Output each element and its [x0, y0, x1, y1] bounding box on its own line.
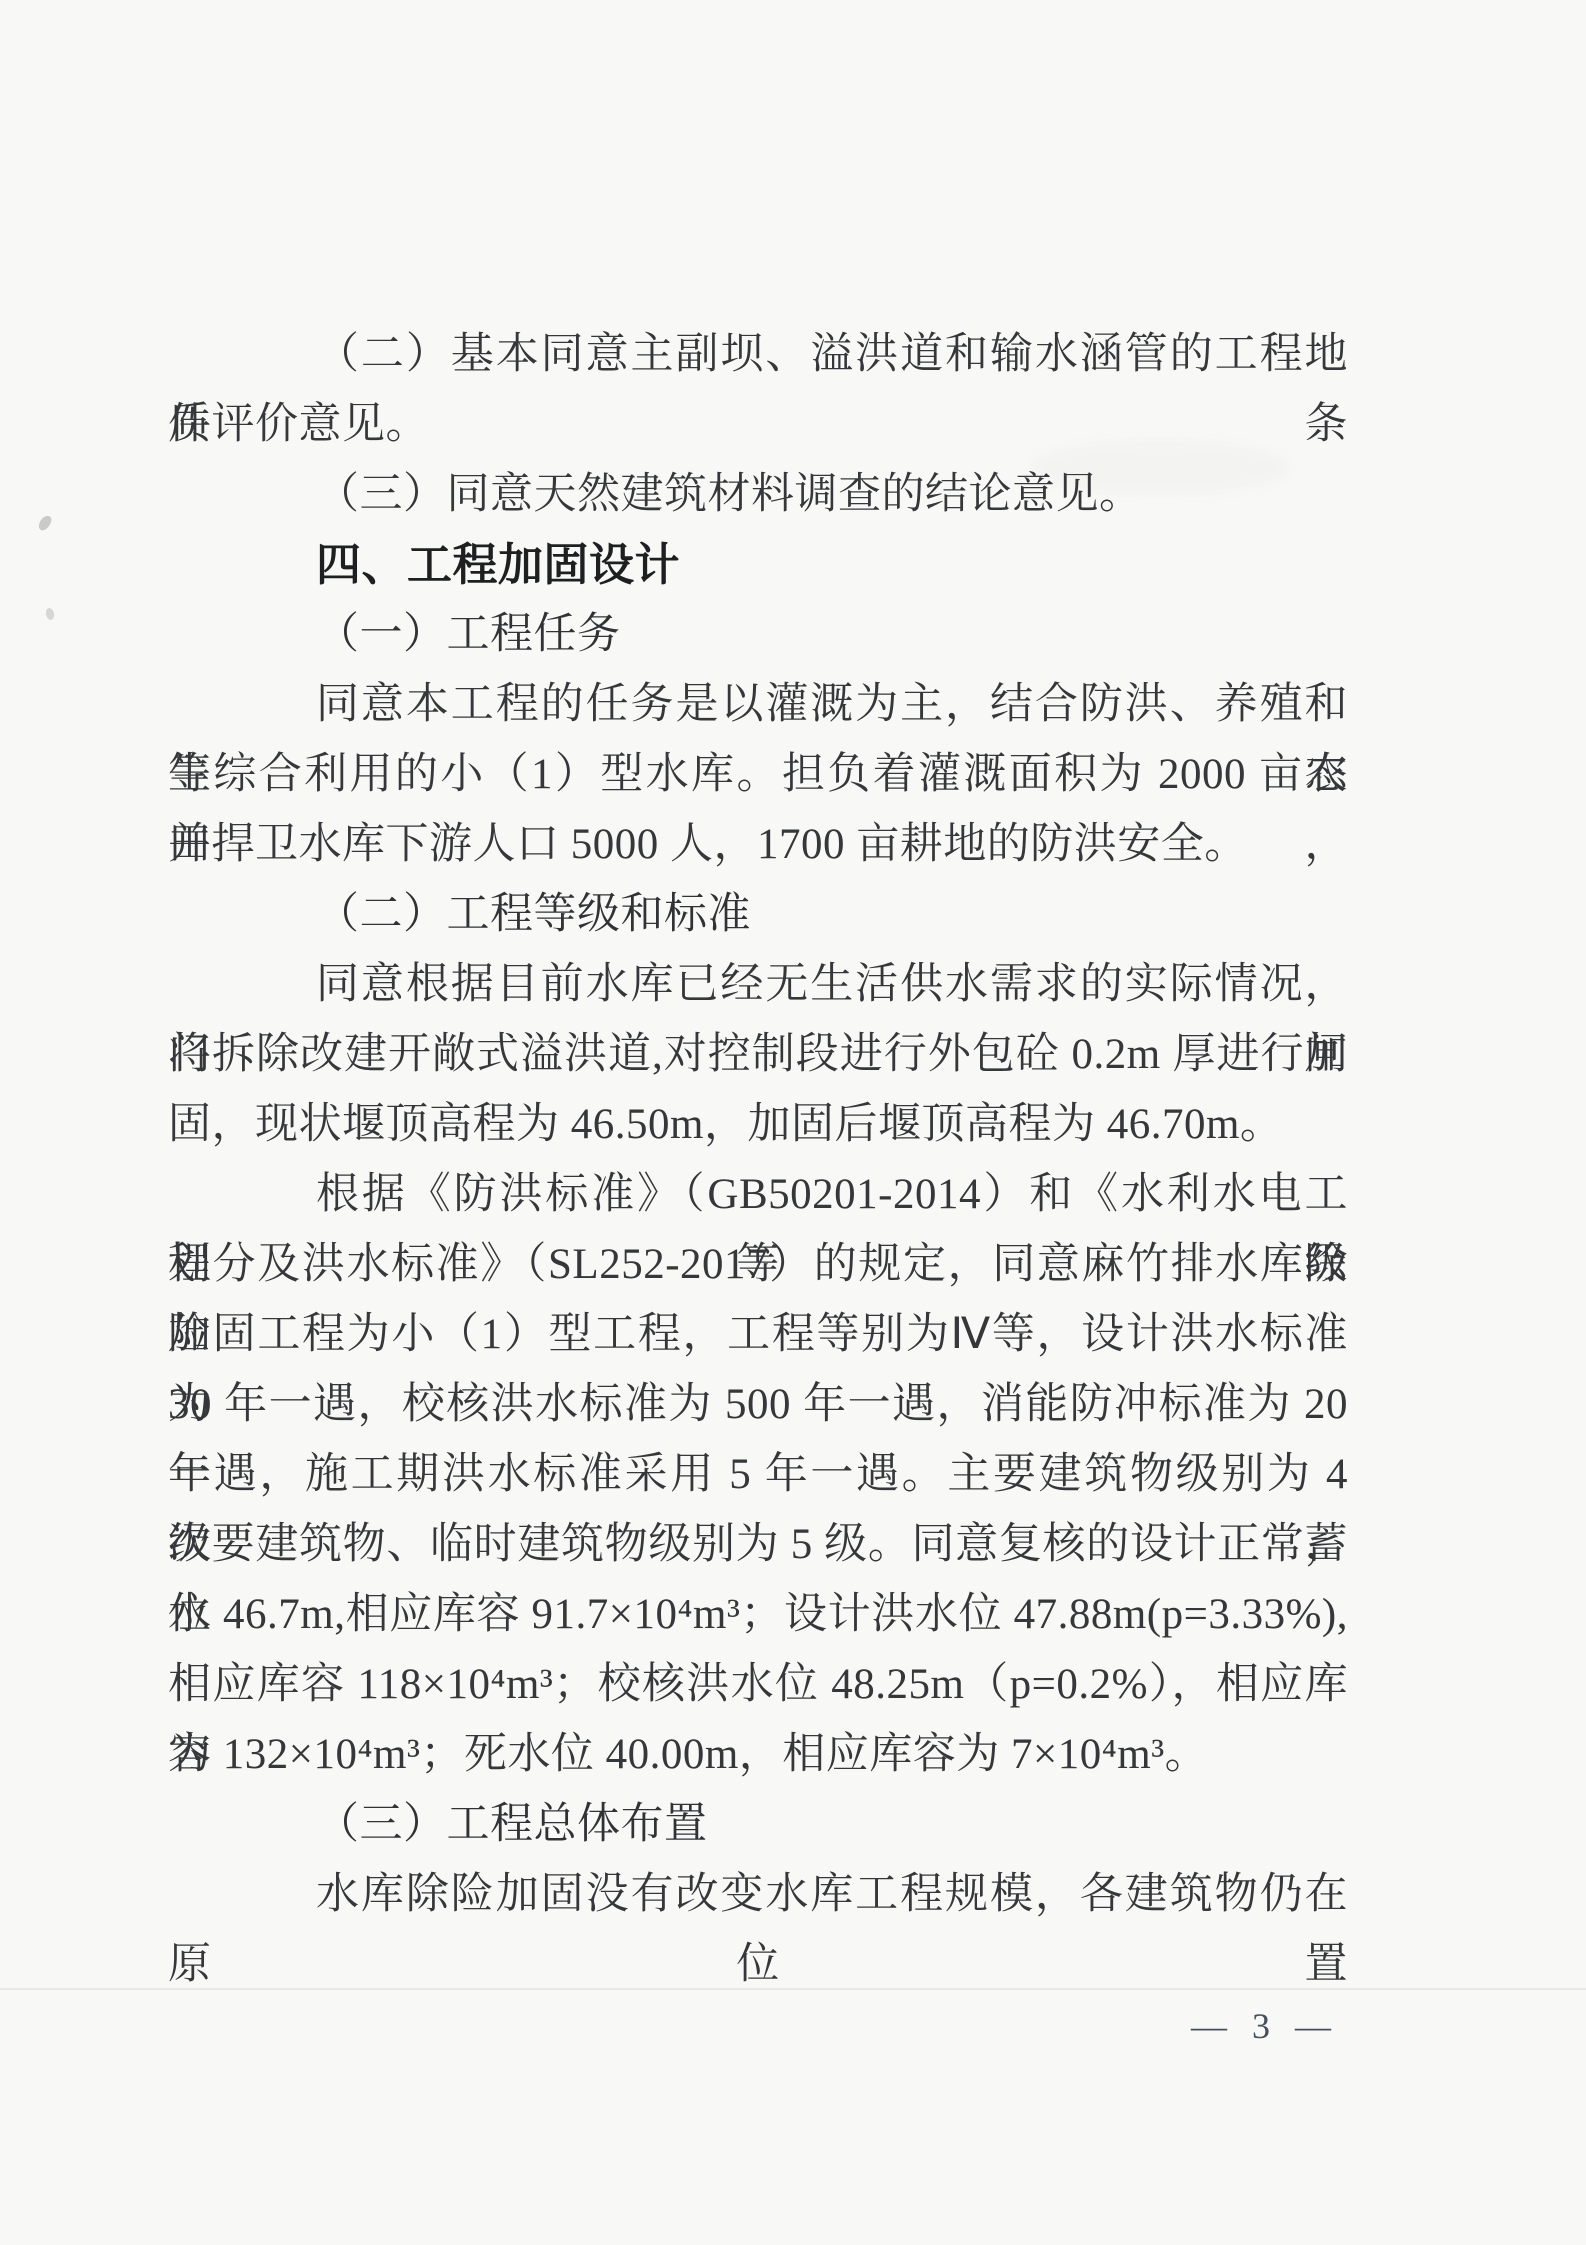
text-line: 并捍卫水库下游人口 5000 人，1700 亩耕地的防洪安全。 [168, 810, 1348, 880]
text-line: 位 46.7m,相应库容 91.7×10⁴m³；设计洪水位 47.88m(p=3… [168, 1580, 1348, 1650]
text-line: 一遇，施工期洪水标准采用 5 年一遇。主要建筑物级别为 4 级， [168, 1440, 1348, 1510]
document-page: （二）基本同意主副坝、溢洪道和输水涵管的工程地质条件评价意见。（三）同意天然建筑… [0, 0, 1586, 2245]
text-line: 根据《防洪标准》（GB50201-2014）和《水利水电工程等级 [168, 1160, 1348, 1230]
page-number: — 3 — [1160, 2003, 1370, 2049]
text-line: （二）工程等级和标准 [168, 880, 1348, 950]
text-line: 加固工程为小（1）型工程，工程等别为Ⅳ等，设计洪水标准为 [168, 1300, 1348, 1370]
scan-artifact-smudge [1030, 440, 1290, 495]
text-line: （一）工程任务 [168, 600, 1348, 670]
text-line: 门拆除改建开敞式溢洪道,对控制段进行外包砼 0.2m 厚进行加 [168, 1020, 1348, 1090]
scan-artifact-speck [37, 514, 53, 533]
text-line: 同意根据目前水库已经无生活供水需求的实际情况，将闸 [168, 950, 1348, 1020]
text-line: 划分及洪水标准》（SL252-2017）的规定，同意麻竹排水库除险 [168, 1230, 1348, 1300]
text-line: 固，现状堰顶高程为 46.50m，加固后堰顶高程为 46.70m。 [168, 1090, 1348, 1160]
text-line: 为 132×10⁴m³；死水位 40.00m，相应库容为 7×10⁴m³。 [168, 1720, 1348, 1790]
text-line: （三）工程总体布置 [168, 1790, 1348, 1860]
text-line: 水库除险加固没有改变水库工程规模，各建筑物仍在原位置 [168, 1860, 1348, 1930]
scan-artifact-band [0, 1988, 1586, 1990]
text-line: 同意本工程的任务是以灌溉为主，结合防洪、养殖和生态 [168, 670, 1348, 740]
text-line: 30 年一遇，校核洪水标准为 500 年一遇，消能防冲标准为 20 年 [168, 1370, 1348, 1440]
text-line: 次要建筑物、临时建筑物级别为 5 级。同意复核的设计正常蓄水 [168, 1510, 1348, 1580]
text-line: 等综合利用的小（1）型水库。担负着灌溉面积为 2000 亩农田， [168, 740, 1348, 810]
text-line: 四、工程加固设计 [168, 530, 1348, 600]
document-text-block: （二）基本同意主副坝、溢洪道和输水涵管的工程地质条件评价意见。（三）同意天然建筑… [168, 320, 1348, 1930]
scan-artifact-speck [45, 607, 55, 620]
text-line: 相应库容 118×10⁴m³；校核洪水位 48.25m（p=0.2%），相应库容 [168, 1650, 1348, 1720]
text-line: （二）基本同意主副坝、溢洪道和输水涵管的工程地质条 [168, 320, 1348, 390]
